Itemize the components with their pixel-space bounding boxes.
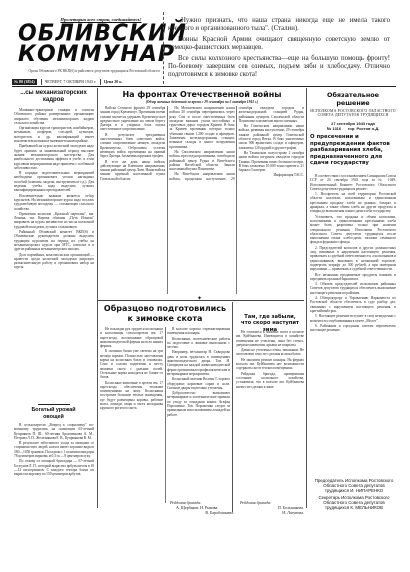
harvest-headline-line2: овощей [12,414,95,421]
decision-paragraph: 2. Председателей колхозов и других должн… [310,246,396,272]
masthead-title: ОБЛИВСКИЙ КОММУНАР [18,24,166,65]
decision-signature-secretary: Секретарь Исполкома Ростовского Областно… [312,495,396,511]
cadres-headline-line1: ...сы механизаторских [12,90,95,97]
cadres-headline-line2: кадров [12,97,95,104]
masthead-subtitle: Орган Обливского РК ВКП(б) и райсовета д… [28,69,160,73]
cadres-paragraph: Организация курсов трактористов, комбайн… [14,126,94,143]
slogan-red-army: Воины Красной Армии очищают священную со… [168,36,390,53]
front-paragraph: В результате трехдневных ожесточенных бо… [100,133,165,159]
decision-paragraph: 4. Облпрокурору и Управлению Наркомюста … [310,296,396,313]
livestock-paragraph: Например, ветсанитар Н. Скворцова день и… [167,350,230,376]
winter-paragraph: Давно не утеплены стены, завалинки. Не з… [236,348,304,357]
slogan-stalin-quote: „Нужно признать, что наша страна никогда… [168,17,390,34]
winter-signature: Н. Лагунова. [240,510,304,515]
front-source: Информация ТАСС. [239,173,304,177]
harvest-paragraph: По отзыву от овощной бригадира — 67-летн… [14,459,94,476]
harvest-body: В сельхозартели „Вперед к социализму" по… [14,423,94,509]
livestock-headline-line1: Образцово подготовились [100,304,230,314]
decision-paragraph: 1. Воспретить на всей территории Ростовс… [310,192,396,213]
front-paragraph: На Смоленском направлении наши войска, п… [169,150,234,171]
masthead-title-line1: ОБЛИВСКИЙ [18,24,166,45]
winter-signatures: Рейдовая бригада: П. Большакова. Н. Лагу… [240,500,304,515]
cadres-body: Машинно-тракторные станции и совхозы Обл… [14,108,94,340]
issue-date: ЧЕТВЕРГ, 7 ОКТЯБРЯ 1943 г. [41,79,96,85]
livestock-paragraph: В колхозе хорошо отремонтированы помещен… [167,327,230,336]
decision-title: О пресечении и предупреждении фактов раз… [310,134,396,167]
livestock-paragraph: Колхозные животные в артели им. 17 партс… [100,381,163,411]
issue-number: № 80 (3854) [12,79,37,85]
harvest-paragraph: В сельхозартели „Вперед к социализму" по… [14,423,94,440]
decision-paragraph: В соответствии с постановлением Совнарко… [310,174,396,191]
cadres-paragraph: Прибывшей на курсы колхозной молодежи на… [14,144,94,170]
winter-body: Не готовится к зимовке скота в колхозе и… [236,330,304,496]
livestock-paragraph: Колхозники, зоотехнические работы по под… [167,337,230,350]
decision-number: № 1316 гор. Ростов н-Д. [309,127,397,132]
livestock-paragraph: К скотным базам уже свезено на три месяц… [100,349,163,379]
livestock-signature: В. Барабошкина. [170,510,234,515]
front-subheadline: (Обзор военных действий за время с 29 се… [100,100,304,104]
livestock-paragraph: Добросовестно выполняют ветеринарные и з… [167,391,230,417]
cadres-paragraph: Машинно-тракторные станции и совхозы Обл… [14,108,94,125]
decision-paragraph: Установить, что продажа и обмен колхозам… [310,215,396,245]
winter-paragraph: Не закончен ремонт кошары. На фермах кол… [236,358,304,371]
decision-issuer: ИСПОЛКОМА РОСТОВСКОГО ОБЛАСТНОГО СОВЕТА … [309,109,397,118]
front-paragraph: На Могилевском направлении наши войска 3… [169,106,234,149]
cadres-paragraph: Правления колхозов „Красный партизан", и… [14,212,94,229]
divider-ornament: ✦ [197,296,202,302]
price: Цена 20 к. [100,79,123,85]
front-headline: На фронтах Отечественной войны [100,90,304,99]
decision-paragraph: 3. Обязать председателей исполкомов райо… [310,282,396,295]
decision-paragraph: Все незаконно продаваемые продукты изыма… [310,273,396,282]
front-paragraph: В этот же день наши войска, действующие … [100,160,165,181]
decision-paragraph: 6. Районным и городским газетам перепеча… [310,324,396,333]
cadres-paragraph: Районный Обливский комитет ВКП(б) и Обли… [14,230,94,251]
winter-paragraph: Не готовится к зимовке скота в колхозе и… [236,330,304,347]
livestock-body: Не покладая рук трудятся колхозники и ко… [100,327,230,503]
cadres-paragraph: В порядке подготовительных мероприятий н… [14,171,94,192]
front-paragraph: На Гомельском направлении наши войска, р… [239,124,304,150]
front-paragraph: На Таманском полуострове 2 октября наши … [239,151,304,172]
issue-bar: № 80 (3854) ЧЕТВЕРГ, 7 ОКТЯБРЯ 1943 г. Ц… [12,79,162,85]
cadres-paragraph: Долг партийных, комсомольских организаци… [14,253,94,270]
decision-headline: Обязательное решение [309,92,397,107]
harvest-headline: Богатый урожай овощей [12,407,95,420]
decision-body: В соответствии с постановлением Совнарко… [310,174,396,474]
slogans-box: „Нужно признать, что наша страна никогда… [168,17,390,80]
livestock-paragraph: Колхозный плотник Волгин Т. хорошо обору… [167,377,230,390]
decision-signature-chairman: Председатель Исполкома Ростовского Облас… [312,478,396,494]
harvest-paragraph: В результате заботливого ухода за овощам… [14,441,94,458]
livestock-paragraph: Не покладая рук трудятся колхозники и ко… [100,327,163,348]
slogan-kolkhoz: Все силы колхозного крестьянства—еще на … [168,55,390,80]
masthead-title-line2: КОММУНАР [18,44,166,65]
livestock-headline: Образцово подготовились к зимовке скота [100,304,230,324]
front-body: Войска Степного фронта 29 сентября занял… [100,106,304,294]
front-paragraph: Войска Степного фронта 29 сентября занял… [100,106,165,132]
decision-signatures: Председатель Исполкома Ростовского Облас… [312,478,396,510]
winter-paragraph: Рейдовая бригада, проверившая состояние … [236,372,304,389]
livestock-signatures: Рейдовая бригада: А. Щербаков, Н. Рыкова… [170,500,234,515]
cadres-headline: ...сы механизаторских кадров [12,90,95,104]
cadres-paragraph: Исключительно важным является отбор курс… [14,194,94,211]
decision-headline-line2: решение [309,100,397,108]
livestock-headline-line2: к зимовке скота [100,314,230,324]
decision-paragraph: 5. Настоящее решение вступает в силу нем… [310,314,396,323]
